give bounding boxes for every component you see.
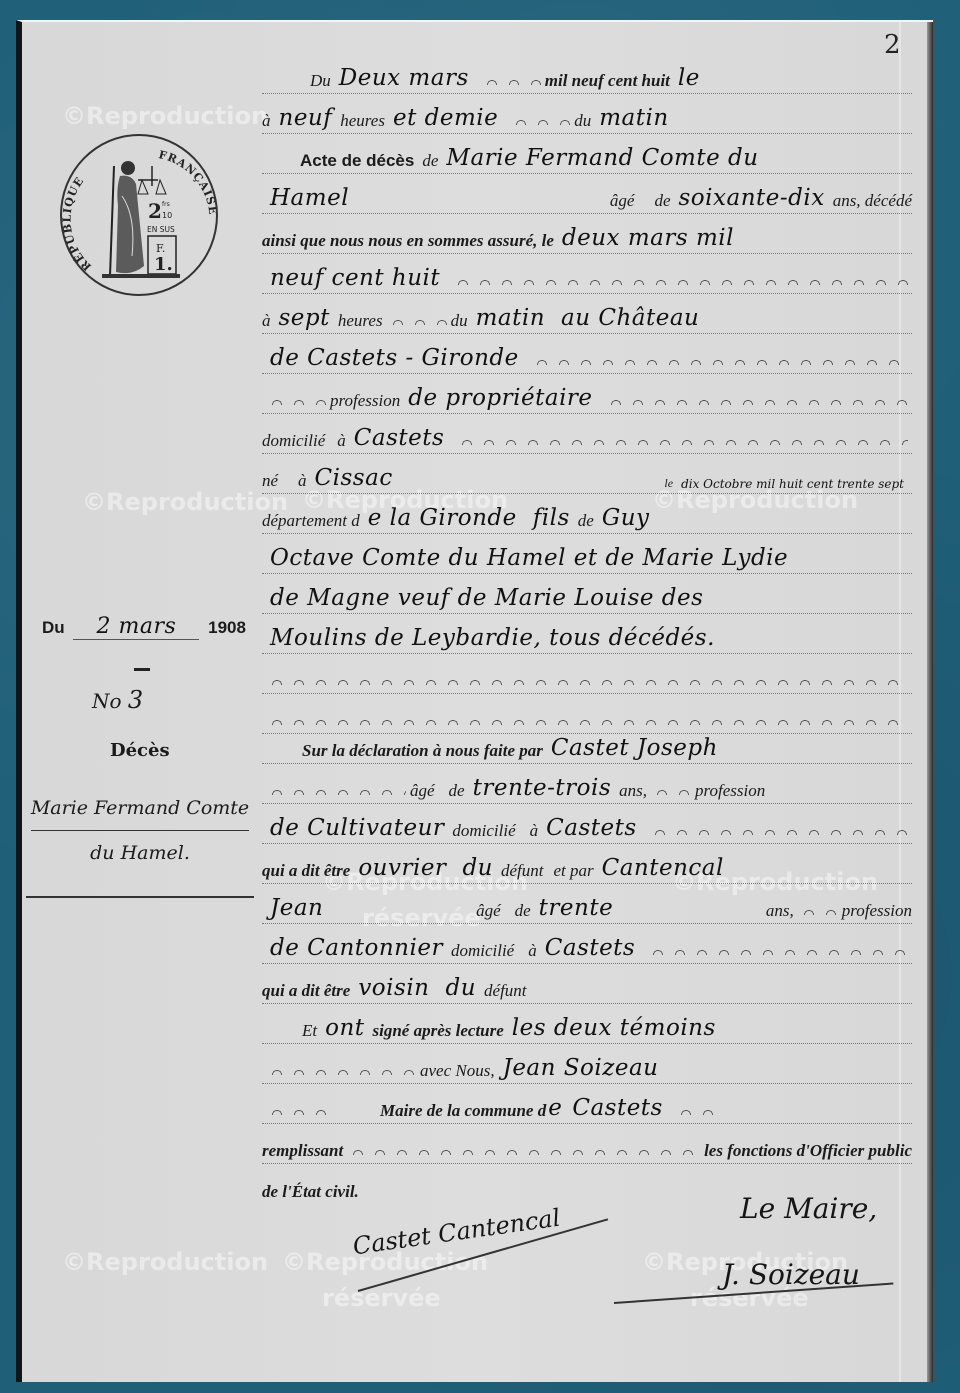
- line-profession: profession de propriétaire: [262, 376, 912, 414]
- line-maire: Maire de la commune d e Castets: [262, 1086, 912, 1124]
- margin-year: 1908: [208, 618, 246, 637]
- act-number: No 3: [92, 686, 143, 714]
- line-departement: département d e la Gironde fils de Guy: [262, 496, 912, 534]
- maire-title: Le Maire,: [740, 1192, 877, 1225]
- line-mother: de Magne veuf de Marie Louise des: [262, 576, 912, 614]
- line-year: neuf cent huit: [262, 256, 912, 294]
- line-signed: Et ont signé après lecture les deux témo…: [262, 1006, 912, 1044]
- line-assure: ainsi que nous nous en sommes assuré, le…: [262, 216, 912, 254]
- margin-date-handwritten: 2 mars: [73, 614, 199, 640]
- margin-section-title: Décès: [110, 740, 170, 761]
- page-edge: [927, 22, 933, 1382]
- acte-title: Acte de décès: [300, 151, 414, 171]
- margin-dash: [134, 668, 150, 671]
- line-age: Hamel âgé de soixante-dix ans, décédé: [262, 176, 912, 214]
- line-blank-1: [262, 656, 912, 694]
- watermark: réservée: [322, 1284, 441, 1312]
- register-page: 2 ©Reproduction ©Reproduction ©Reproduct…: [16, 20, 933, 1382]
- line-avec-nous: avec Nous, Jean Soizeau: [262, 1046, 912, 1084]
- margin-date: Du 2 mars 1908: [42, 614, 246, 640]
- line-declarant-domicile: de Cultivateur domicilié à Castets: [262, 806, 912, 844]
- margin-rule: [26, 896, 254, 898]
- line-birth: né à Cissac le dix Octobre mil huit cent…: [262, 456, 912, 494]
- line-declarant-relation: qui a dit être ouvrier du défunt et par …: [262, 846, 912, 884]
- line-date: Du Deux mars mil neuf cent huit le: [262, 56, 912, 94]
- line-place: de Castets - Gironde: [262, 336, 912, 374]
- witness-signatures: Castet Cantencal: [351, 1204, 562, 1261]
- line-domicile: domicilié à Castets: [262, 416, 912, 454]
- margin-column: Du 2 mars 1908 No 3 Décès Marie Fermand …: [22, 22, 262, 1382]
- line-spouse: Moulins de Leybardie, tous décédés.: [262, 616, 912, 654]
- line-declarant: Sur la déclaration à nous faite par Cast…: [262, 726, 912, 764]
- line-time: à neuf heures et demie du matin: [262, 96, 912, 134]
- line-acte-title: Acte de décès de Marie Fermand Comte du: [262, 136, 912, 174]
- line-witness2-relation: qui a dit être voisin du défunt: [262, 966, 912, 1004]
- line-father: Octave Comte du Hamel et de Marie Lydie: [262, 536, 912, 574]
- line-witness2-age: Jean âgé de trente ans, profession: [262, 886, 912, 924]
- line-remplissant: remplissant les fonctions d'Officier pub…: [262, 1126, 912, 1164]
- line-death-time: à sept heures du matin au Château: [262, 296, 912, 334]
- line-declarant-age: âgé de trente-trois ans, profession: [262, 766, 912, 804]
- margin-deceased-name: Marie Fermand Comte du Hamel.: [26, 786, 254, 875]
- line-witness2-domicile: de Cantonnier domicilié à Castets: [262, 926, 912, 964]
